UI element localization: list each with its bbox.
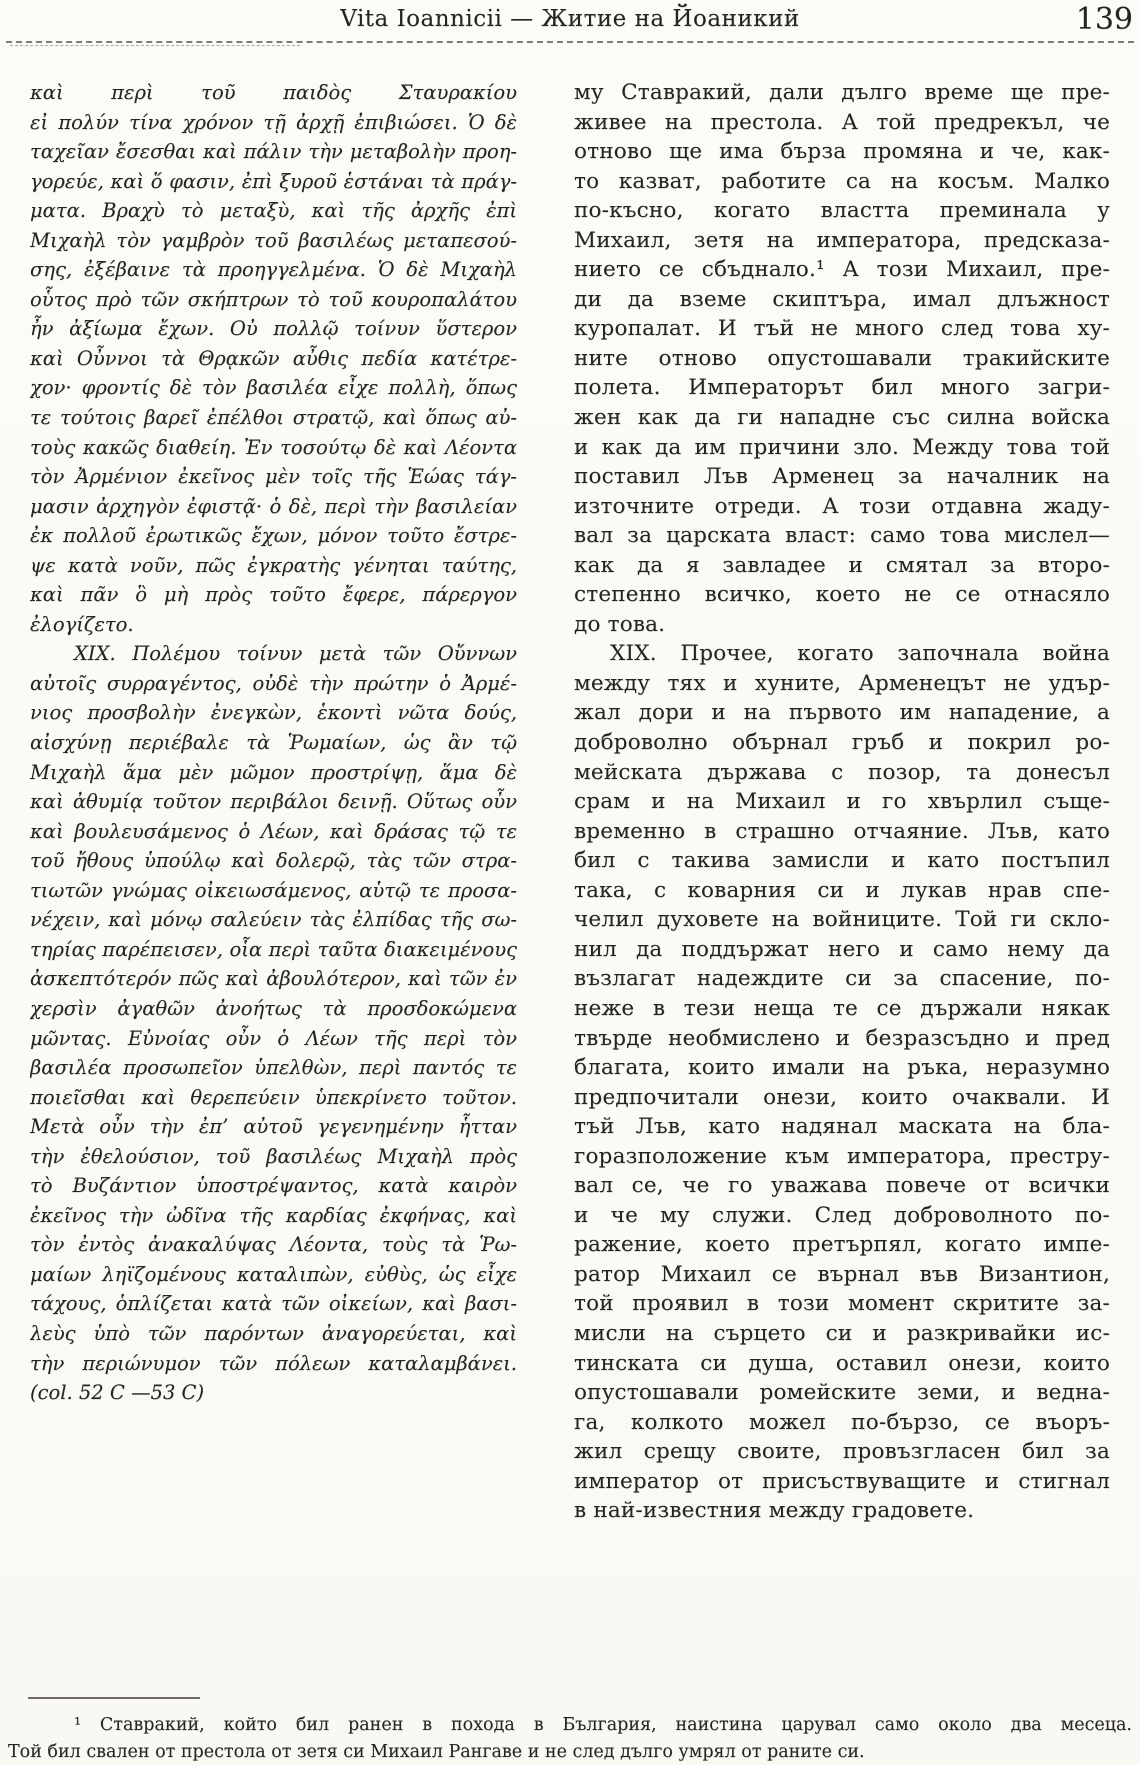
- text-line: до това.: [574, 610, 1110, 640]
- text-line: му Ставракий, дали дълго време ще пре-: [574, 78, 1110, 108]
- text-line: полета. Императорът бил много загри-: [574, 373, 1110, 403]
- text-line: ражение, което претърпял, когато импе-: [574, 1230, 1110, 1260]
- greek-text-column: καὶ περὶ τοῦ παιδὸς Σταυρακίου ἀνεπυνθάν…: [30, 78, 517, 1408]
- text-line: οὗτος πρὸ τῶν σκήπτρων τὸ τοῦ κουροπαλάτ…: [30, 285, 517, 315]
- text-line: ратор Михаил се върнал във Византион,: [574, 1260, 1110, 1290]
- text-line: εἰ πολύν τίνα χρόνον τῇ ἀρχῇ ἐπιβιώσει. …: [30, 108, 517, 138]
- text-line: (col. 52 C —53 C): [30, 1378, 517, 1408]
- text-line: μασιν ἀρχηγὸν ἐφιστᾷ· ὁ δὲ, περὶ τὴν βασ…: [30, 492, 517, 522]
- page-number: 139: [1076, 2, 1133, 37]
- text-line: χον· φροντίς δὲ τὸν βασιλέα εἶχε πολλὴ, …: [30, 373, 517, 403]
- text-line: вал за царската власт: само това мислел—: [574, 521, 1110, 551]
- text-line: временно в страшно отчаяние. Лъв, като: [574, 817, 1110, 847]
- text-line: καὶ Οὖννοι τὰ Θρᾳκῶν αὖθις πεδία κατέτρε…: [30, 344, 517, 374]
- text-line: αἰσχύνῃ περιέβαλε τὰ Ῥωμαίων, ὡς ἂν τῷ: [30, 728, 517, 758]
- text-line: καὶ ἀθυμίᾳ τοῦτον περιβάλοι δεινῇ. Οὕτως…: [30, 787, 517, 817]
- text-line: нил да поддържат него и само нему да: [574, 935, 1110, 965]
- text-line: жил срещу своите, провъзгласен бил за: [574, 1437, 1110, 1467]
- text-line: τάχους, ὁπλίζεται κατὰ τῶν οἰκείων, καὶ …: [30, 1289, 517, 1319]
- text-line: τὸ Βυζάντιον ὑποστρέψαντος, κατὰ καιρὸν: [30, 1171, 517, 1201]
- text-line: Михаил, зетя на императора, предсказа-: [574, 226, 1110, 256]
- text-line: τε τούτοις βαρεῖ ἐπέλθοι στρατῷ, καὶ ὅπω…: [30, 403, 517, 433]
- text-line: вал се, че го уважава повече от всички: [574, 1171, 1110, 1201]
- text-line: тинската си душа, оставил онези, които: [574, 1349, 1110, 1379]
- footnote: ¹ Ставракий, който бил ранен в похода в …: [8, 1712, 1132, 1765]
- text-line: τὸν ἐντὸς ἀνακαλύψας Λέοντα, τοὺς τὰ Ῥω-: [30, 1230, 517, 1260]
- text-line: твърде необмислено и безразсъдно и пред: [574, 1024, 1110, 1054]
- text-line: поставил Лъв Арменец за началник на: [574, 462, 1110, 492]
- text-line: τιωτῶν γνώμας οἰκειωσάμενος, αὑτῷ τε προ…: [30, 876, 517, 906]
- text-line: Той бил свален от престола от зетя си Ми…: [8, 1739, 1132, 1765]
- text-line: γορεύε, καὶ ὅ φασιν, ἐπὶ ξυροῦ ἑστάναι τ…: [30, 167, 517, 197]
- text-line: Μετὰ οὖν τὴν ἐπ’ αὐτοῦ γεγενημένην ἧτταν: [30, 1112, 517, 1142]
- text-line: XIX. Πολέμου τοίνυν μετὰ τῶν Οὔννων: [30, 639, 517, 669]
- header-dashed-rule-secondary: [10, 45, 300, 46]
- header-dashed-rule: [6, 41, 1134, 43]
- text-line: степенно всичко, което не се отнасяло: [574, 580, 1110, 610]
- text-line: λεὺς ὑπὸ τῶν παρόντων ἀναγορεύεται, καὶ: [30, 1319, 517, 1349]
- text-line: възлагат надеждите си за спасение, по-: [574, 964, 1110, 994]
- text-line: τοὺς κακῶς διαθείη. Ἐν τοσούτῳ δὲ καὶ Λέ…: [30, 433, 517, 463]
- text-line: καὶ βουλευσάμενος ὁ Λέων, καὶ δράσας τῷ …: [30, 817, 517, 847]
- text-line: ἀσκεπτότερόν πῶς καὶ ἀβουλότερον, καὶ τῶ…: [30, 964, 517, 994]
- text-line: нието се сбъднало.¹ А този Михаил, пре-: [574, 255, 1110, 285]
- text-line: ματα. Βραχὺ τὸ μεταξὺ, καὶ τῆς ἀρχῆς ἐπὶ: [30, 196, 517, 226]
- text-line: опустошавали ромейските земи, и ведна-: [574, 1378, 1110, 1408]
- text-line: по-късно, когато властта преминала у: [574, 196, 1110, 226]
- text-line: τὸν Ἀρμένιον ἐκεῖνος μὲν τοῖς τῆς Ἑώας τ…: [30, 462, 517, 492]
- text-line: доброволно обърнал гръб и покрил ро-: [574, 728, 1110, 758]
- text-line: τοῦ ἤθους ὑπούλῳ καὶ δολερῷ, τὰς τῶν στρ…: [30, 846, 517, 876]
- text-line: νιος προσβολὴν ἐνεγκὼν, ἑκοντὶ νῶτα δούς…: [30, 698, 517, 728]
- text-line: горазположение към императора, престру-: [574, 1142, 1110, 1172]
- text-line: живее на престола. А той предрекъл, че: [574, 108, 1110, 138]
- text-line: мисли на сърцето си и разкривайки ис-: [574, 1319, 1110, 1349]
- text-line: жал дори и на първото им нападение, а: [574, 698, 1110, 728]
- page-header-title: Vita Ioannicii — Житие на Йоаникий: [0, 6, 1140, 32]
- text-line: бил с такива замисли и като постъпил: [574, 846, 1110, 876]
- text-line: га, колкото можел по-бързо, се въоръ-: [574, 1408, 1110, 1438]
- text-line: νέχειν, καὶ μόνῳ σαλεύειν τὰς ἐλπίδας τῆ…: [30, 905, 517, 935]
- text-line: σης, ἐξέβαινε τὰ προηγγελμένα. Ὁ δὲ Μιχα…: [30, 255, 517, 285]
- text-line: император от присъствуващите и стигнал: [574, 1467, 1110, 1497]
- text-line: ¹ Ставракий, който бил ранен в похода в …: [8, 1712, 1132, 1739]
- text-line: в най-известния между градовете.: [574, 1496, 1110, 1526]
- text-line: ἐκ πολλοῦ ἐρωτικῶς ἔχων, μόνον τοῦτο ἔστ…: [30, 521, 517, 551]
- text-line: ποιεῖσθαι καὶ θερεπεύειν ὑπεκρίνετο τοῦτ…: [30, 1083, 517, 1113]
- text-line: καὶ πᾶν ὃ μὴ πρὸς τοῦτο ἔφερε, πάρεργον: [30, 580, 517, 610]
- text-line: ψε κατὰ νοῦν, πῶς ἐγκρατὴς γένηται ταύτη…: [30, 551, 517, 581]
- text-line: благата, които имали на ръка, неразумно: [574, 1053, 1110, 1083]
- text-line: καὶ περὶ τοῦ παιδὸς Σταυρακίου ἀνεπυνθάν…: [30, 78, 517, 108]
- text-line: тъй Лъв, като надянал маската на бла-: [574, 1112, 1110, 1142]
- text-line: τὴν ἐθελούσιον, τοῦ βασιλέως Μιχαὴλ πρὸς: [30, 1142, 517, 1172]
- text-line: Μιχαὴλ ἅμα μὲν μῶμον προστρίψῃ, ἅμα δὲ: [30, 758, 517, 788]
- text-line: жен как да ги нападне със силна войска: [574, 403, 1110, 433]
- text-line: отново ще има бърза промяна и че, как-: [574, 137, 1110, 167]
- text-line: и че му служи. След доброволното по-: [574, 1201, 1110, 1231]
- text-line: предпочитали онези, които очаквали. И: [574, 1083, 1110, 1113]
- bulgarian-text-column: му Ставракий, дали дълго време ще пре-жи…: [574, 78, 1110, 1526]
- text-line: μαίων ληϊζομένους καταλιπὼν, εὐθὺς, ὡς ε…: [30, 1260, 517, 1290]
- text-line: ἐκεῖνος τὴν ὠδῖνα τῆς καρδίας ἐκφήνας, κ…: [30, 1201, 517, 1231]
- text-line: ните отново опустошавали тракийските: [574, 344, 1110, 374]
- text-line: χερσὶν ἀγαθῶν ἀνοήτως τὰ προσδοκώμενα πρ…: [30, 994, 517, 1024]
- text-line: и как да им причини зло. Между това той: [574, 433, 1110, 463]
- text-line: куропалат. И тъй не много след това ху-: [574, 314, 1110, 344]
- text-line: ἦν ἀξίωμα ἔχων. Οὐ πολλῷ τοίνυν ὕστερον: [30, 314, 517, 344]
- text-line: срам и на Михаил и го хвърлил съще-: [574, 787, 1110, 817]
- text-line: ди да вземе скиптъра, имал длъжност: [574, 285, 1110, 315]
- text-line: челил духовете на войниците. Той ги скло…: [574, 905, 1110, 935]
- text-line: то казват, работите са на косъм. Малко: [574, 167, 1110, 197]
- text-line: така, с коварния си и лукав нрав спе-: [574, 876, 1110, 906]
- text-line: как да я завладее и смятал за второ-: [574, 551, 1110, 581]
- scanned-book-page: Vita Ioannicii — Житие на Йоаникий 139 κ…: [0, 0, 1140, 1765]
- text-line: Μιχαὴλ τὸν γαμβρὸν τοῦ βασιλέως μεταπεσο…: [30, 226, 517, 256]
- text-line: βασιλέα προσωπεῖον ὑπελθὼν, περὶ παντός …: [30, 1053, 517, 1083]
- text-line: XIX. Прочее, когато започнала война: [574, 639, 1110, 669]
- text-line: ταχεῖαν ἔσεσθαι καὶ πάλιν τὴν μεταβολὴν …: [30, 137, 517, 167]
- footnote-separator-rule: [28, 1697, 200, 1699]
- text-line: между тях и хуните, Арменецът не удър-: [574, 669, 1110, 699]
- text-line: той проявил в този момент скритите за-: [574, 1289, 1110, 1319]
- text-line: αὐτοῖς συρραγέντος, οὐδὲ τὴν πρώτην ὁ Ἀρ…: [30, 669, 517, 699]
- text-line: неже в тези неща те се държали някак: [574, 994, 1110, 1024]
- text-line: източните отреди. А този отдавна жаду-: [574, 492, 1110, 522]
- text-line: τὴν περιώνυμον τῶν πόλεων καταλαμβάνει.: [30, 1349, 517, 1379]
- text-line: τηρίας παρέπεισεν, οἷα περὶ ταῦτα διακει…: [30, 935, 517, 965]
- text-line: мейската държава с позор, та донесъл: [574, 758, 1110, 788]
- text-line: μῶντας. Εὐνοίας οὖν ὁ Λέων τῆς περὶ τὸν: [30, 1024, 517, 1054]
- text-line: ἐλογίζετο.: [30, 610, 517, 640]
